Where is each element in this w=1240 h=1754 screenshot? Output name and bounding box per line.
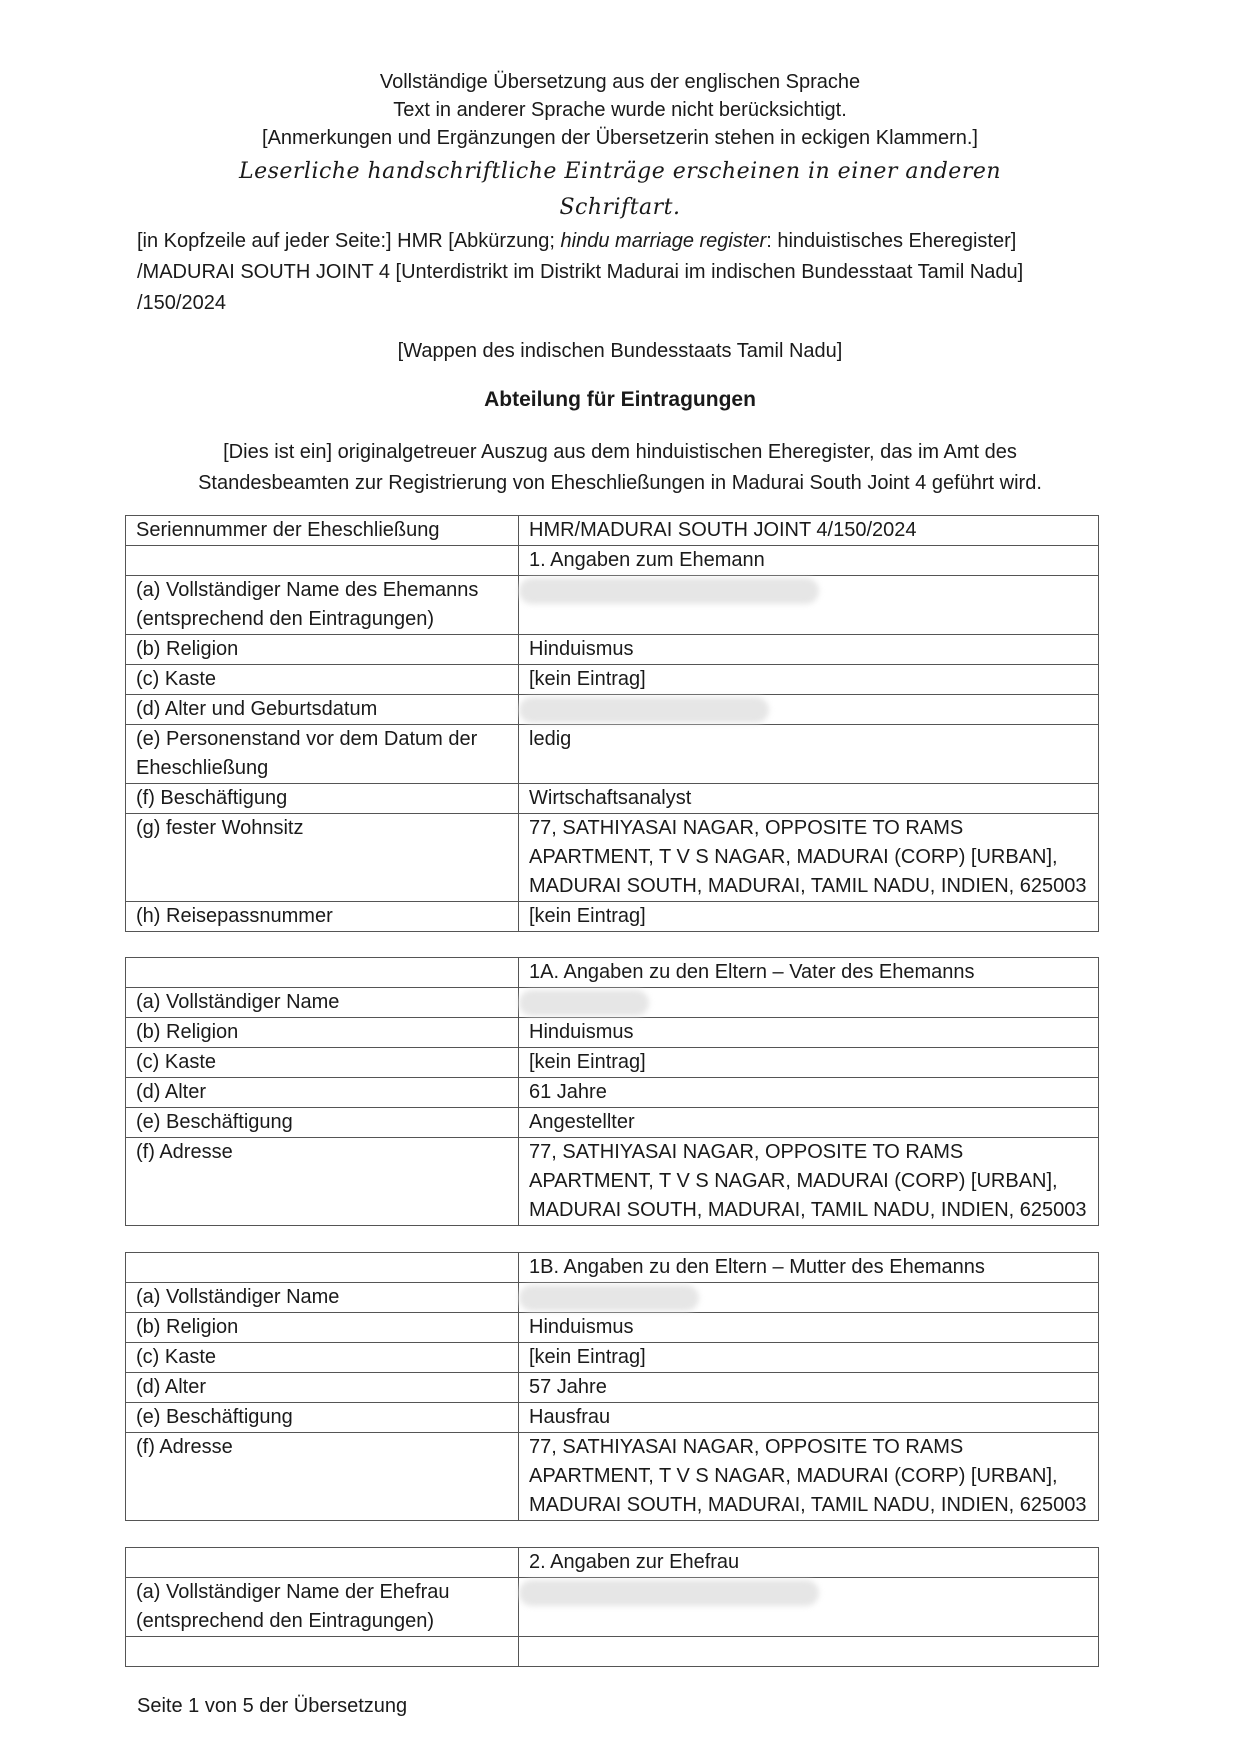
row-value: Hinduismus: [519, 1018, 1099, 1048]
row-label: (c) Kaste: [126, 1048, 519, 1078]
redaction-mark: [519, 578, 819, 604]
redaction-mark: [519, 990, 649, 1016]
page-header-note: [in Kopfzeile auf jeder Seite:] HMR [Abk…: [137, 226, 1097, 319]
handwriting-note-line1: Leserliche handschriftliche Einträge ers…: [180, 154, 1060, 189]
row-value: [kein Eintrag]: [519, 665, 1099, 695]
row-label: (e) Personenstand vor dem Datum der Ehes…: [126, 725, 519, 784]
row-label: (a) Vollständiger Name des Ehemanns (ent…: [126, 576, 519, 635]
row-value: [519, 1637, 1099, 1667]
row-value: [kein Eintrag]: [519, 902, 1099, 932]
redacted-value: [519, 695, 1099, 725]
table-row: (d) Alter 61 Jahre: [126, 1078, 1099, 1108]
table-row: 1A. Angaben zu den Eltern – Vater des Eh…: [126, 958, 1099, 988]
redaction-mark: [519, 697, 769, 723]
redaction-mark: [519, 1285, 699, 1311]
row-label: (f) Adresse: [126, 1138, 519, 1226]
intro-line2: Standesbeamten zur Registrierung von Ehe…: [150, 468, 1090, 499]
row-label: (h) Reisepassnummer: [126, 902, 519, 932]
empty-cell: [126, 958, 519, 988]
row-value: [kein Eintrag]: [519, 1343, 1099, 1373]
row-label: (d) Alter: [126, 1078, 519, 1108]
handwriting-note-line2: Schriftart.: [180, 190, 1060, 225]
row-label: [126, 1637, 519, 1667]
page-footer: Seite 1 von 5 der Übersetzung: [137, 1695, 407, 1718]
translation-note-line1: Vollständige Übersetzung aus der englisc…: [0, 68, 1240, 96]
row-label: (a) Vollständiger Name: [126, 988, 519, 1018]
intro-line1: [Dies ist ein] originalgetreuer Auszug a…: [150, 437, 1090, 468]
coat-of-arms-note: [Wappen des indischen Bundesstaats Tamil…: [0, 340, 1240, 363]
header-note-italic: hindu marriage register: [561, 230, 767, 252]
father-details-table: 1A. Angaben zu den Eltern – Vater des Eh…: [125, 957, 1099, 1226]
row-label: (f) Beschäftigung: [126, 784, 519, 814]
row-value: 61 Jahre: [519, 1078, 1099, 1108]
table-row: (e) Beschäftigung Hausfrau: [126, 1403, 1099, 1433]
table-row: 1B. Angaben zu den Eltern – Mutter des E…: [126, 1253, 1099, 1283]
row-label: (b) Religion: [126, 1018, 519, 1048]
header-note-part1: [in Kopfzeile auf jeder Seite:] HMR [Abk…: [137, 230, 561, 252]
mother-details-table: 1B. Angaben zu den Eltern – Mutter des E…: [125, 1252, 1099, 1521]
row-label: (g) fester Wohnsitz: [126, 814, 519, 902]
row-label: (c) Kaste: [126, 1343, 519, 1373]
row-value: 57 Jahre: [519, 1373, 1099, 1403]
table-row: (f) Adresse 77, SATHIYASAI NAGAR, OPPOSI…: [126, 1433, 1099, 1521]
husband-details-table: Seriennummer der Eheschließung HMR/MADUR…: [125, 515, 1099, 932]
translation-note-line3: [Anmerkungen und Ergänzungen der Überset…: [0, 124, 1240, 152]
row-label: (a) Vollständiger Name: [126, 1283, 519, 1313]
table-row: (a) Vollständiger Name: [126, 1283, 1099, 1313]
table-row: (c) Kaste [kein Eintrag]: [126, 1048, 1099, 1078]
row-value: Hausfrau: [519, 1403, 1099, 1433]
table-row: (c) Kaste [kein Eintrag]: [126, 1343, 1099, 1373]
row-value: Angestellter: [519, 1108, 1099, 1138]
table-row: (h) Reisepassnummer [kein Eintrag]: [126, 902, 1099, 932]
table-row: (c) Kaste [kein Eintrag]: [126, 665, 1099, 695]
section-title: 1A. Angaben zu den Eltern – Vater des Eh…: [519, 958, 1099, 988]
section-title: 1. Angaben zum Ehemann: [519, 546, 1099, 576]
row-value: [kein Eintrag]: [519, 1048, 1099, 1078]
redaction-mark: [519, 1580, 819, 1606]
row-label: (b) Religion: [126, 635, 519, 665]
table-row: 2. Angaben zur Ehefrau: [126, 1548, 1099, 1578]
row-label: (a) Vollständiger Name der Ehefrau (ents…: [126, 1578, 519, 1637]
table-row: (d) Alter 57 Jahre: [126, 1373, 1099, 1403]
row-value: Wirtschaftsanalyst: [519, 784, 1099, 814]
table-row: [126, 1637, 1099, 1667]
translation-note-line2: Text in anderer Sprache wurde nicht berü…: [0, 96, 1240, 124]
empty-cell: [126, 1253, 519, 1283]
row-label: (f) Adresse: [126, 1433, 519, 1521]
row-label: (b) Religion: [126, 1313, 519, 1343]
table-row: (a) Vollständiger Name der Ehefrau (ents…: [126, 1578, 1099, 1637]
header-note-line3: /150/2024: [137, 288, 1097, 319]
row-label: (e) Beschäftigung: [126, 1108, 519, 1138]
redacted-value: [519, 1283, 1099, 1313]
intro-text: [Dies ist ein] originalgetreuer Auszug a…: [150, 437, 1090, 499]
redacted-value: [519, 1578, 1099, 1637]
row-value: ledig: [519, 725, 1099, 784]
wife-details-table: 2. Angaben zur Ehefrau (a) Vollständiger…: [125, 1547, 1099, 1667]
row-label: (d) Alter und Geburtsdatum: [126, 695, 519, 725]
table-row: (b) Religion Hinduismus: [126, 1018, 1099, 1048]
table-row: (f) Adresse 77, SATHIYASAI NAGAR, OPPOSI…: [126, 1138, 1099, 1226]
redacted-value: [519, 576, 1099, 635]
page-title: Abteilung für Eintragungen: [0, 388, 1240, 412]
empty-cell: [126, 546, 519, 576]
table-row: (a) Vollständiger Name des Ehemanns (ent…: [126, 576, 1099, 635]
table-row: (b) Religion Hinduismus: [126, 1313, 1099, 1343]
row-value: Hinduismus: [519, 635, 1099, 665]
serial-label: Seriennummer der Eheschließung: [126, 516, 519, 546]
table-row: Seriennummer der Eheschließung HMR/MADUR…: [126, 516, 1099, 546]
table-row: (a) Vollständiger Name: [126, 988, 1099, 1018]
header-note-line2: /MADURAI SOUTH JOINT 4 [Unterdistrikt im…: [137, 257, 1097, 288]
table-row: 1. Angaben zum Ehemann: [126, 546, 1099, 576]
row-value: 77, SATHIYASAI NAGAR, OPPOSITE TO RAMS A…: [519, 814, 1099, 902]
table-row: (f) Beschäftigung Wirtschaftsanalyst: [126, 784, 1099, 814]
row-label: (c) Kaste: [126, 665, 519, 695]
redacted-value: [519, 988, 1099, 1018]
row-label: (d) Alter: [126, 1373, 519, 1403]
table-row: (g) fester Wohnsitz 77, SATHIYASAI NAGAR…: [126, 814, 1099, 902]
table-row: (e) Beschäftigung Angestellter: [126, 1108, 1099, 1138]
table-row: (e) Personenstand vor dem Datum der Ehes…: [126, 725, 1099, 784]
row-value: 77, SATHIYASAI NAGAR, OPPOSITE TO RAMS A…: [519, 1138, 1099, 1226]
row-value: Hinduismus: [519, 1313, 1099, 1343]
empty-cell: [126, 1548, 519, 1578]
section-title: 1B. Angaben zu den Eltern – Mutter des E…: [519, 1253, 1099, 1283]
table-row: (b) Religion Hinduismus: [126, 635, 1099, 665]
header-note-part2: : hinduistisches Eheregister]: [766, 230, 1016, 252]
table-row: (d) Alter und Geburtsdatum: [126, 695, 1099, 725]
row-label: (e) Beschäftigung: [126, 1403, 519, 1433]
row-value: 77, SATHIYASAI NAGAR, OPPOSITE TO RAMS A…: [519, 1433, 1099, 1521]
serial-value: HMR/MADURAI SOUTH JOINT 4/150/2024: [519, 516, 1099, 546]
document-page: Vollständige Übersetzung aus der englisc…: [0, 0, 1240, 1754]
section-title: 2. Angaben zur Ehefrau: [519, 1548, 1099, 1578]
